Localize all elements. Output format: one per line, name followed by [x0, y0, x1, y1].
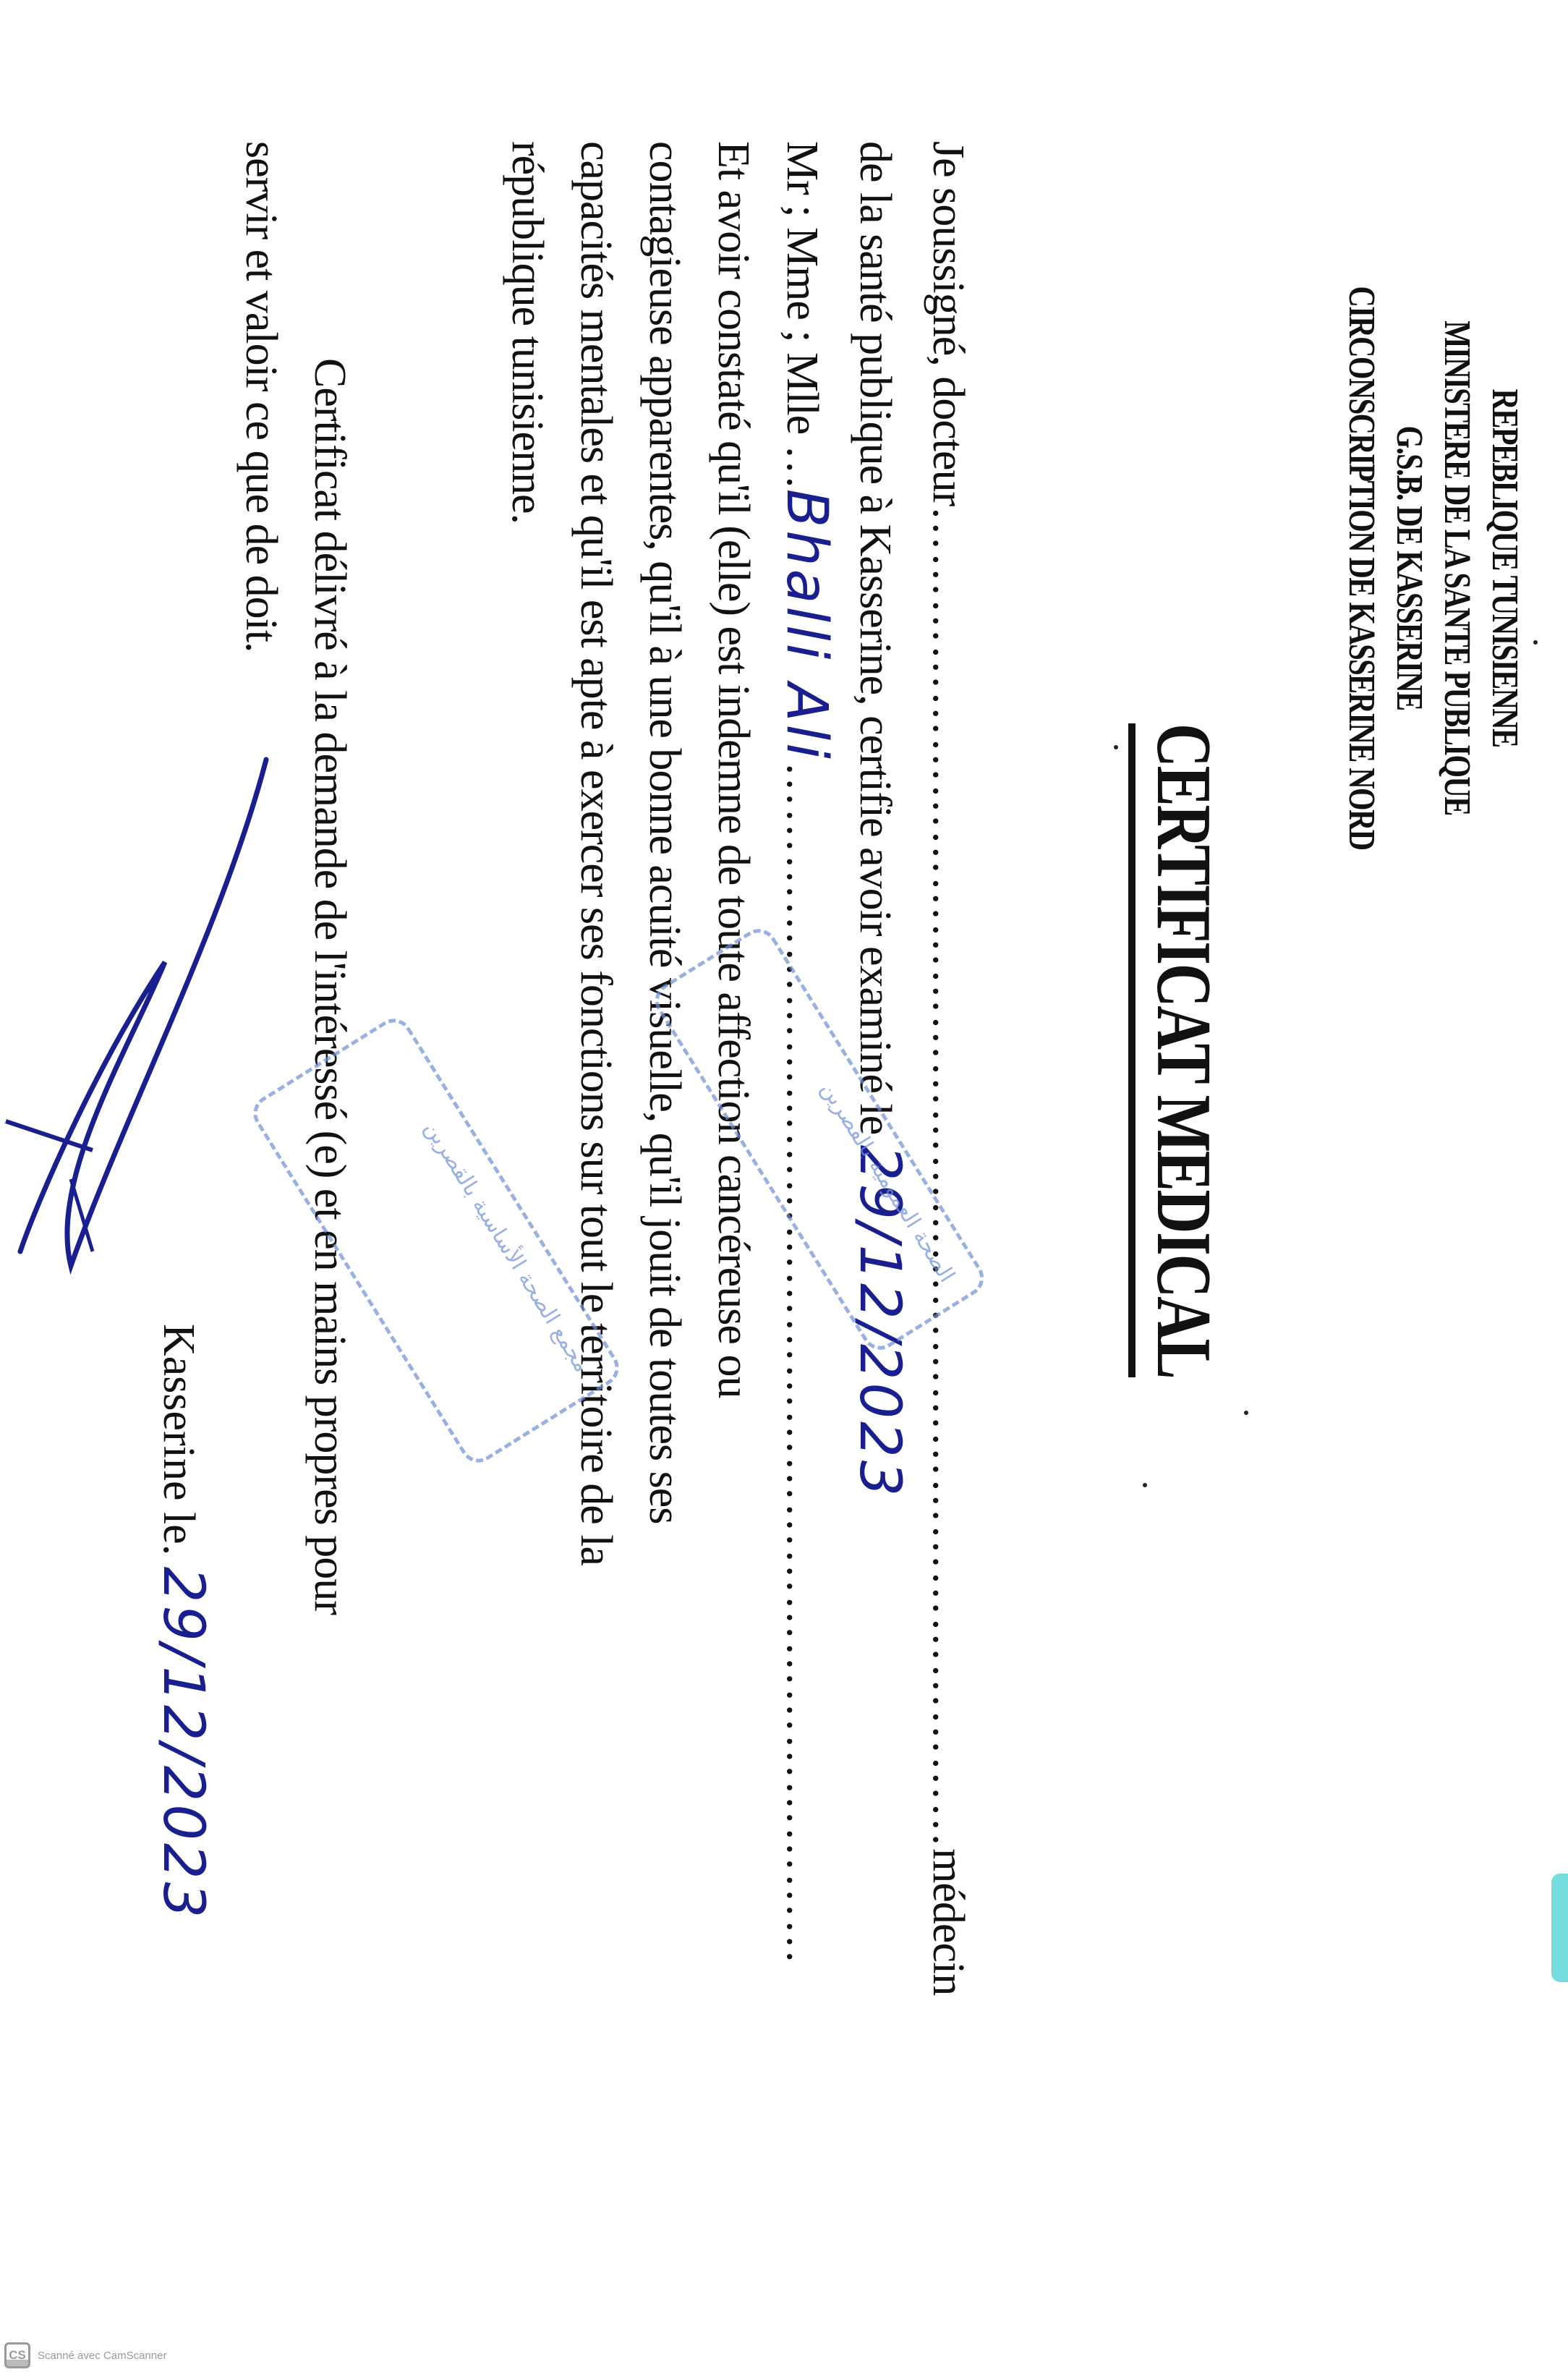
camscanner-logo-icon: CS	[4, 2342, 30, 2368]
letterhead: REPEBLIQUE TUNISIENNE MINISTERE DE LA SA…	[1337, 286, 1528, 850]
exam-statement: de la santé publique à Kasserine, certif…	[851, 141, 900, 1134]
patient-name-handwritten: Bhalli Ali	[774, 489, 839, 762]
certificate-page: REPEBLIQUE TUNISIENNE MINISTERE DE LA SA…	[0, 0, 1568, 2372]
place-and-date: Kasserine le. 29/12/2023	[150, 1324, 216, 1921]
body-line-5: contagieuse apparentes, qu'il à une bonn…	[630, 141, 699, 2007]
letterhead-line-circonscription: CIRCONSCRIPTION DE KASSERINE NORD	[1337, 286, 1385, 850]
letterhead-line-ministry: MINISTERE DE LA SANTE PUBLIQUE	[1433, 286, 1480, 850]
letterhead-line-republic: REPEBLIQUE TUNISIENNE	[1480, 286, 1528, 850]
doctor-name-field: ……………………………………………………………………………	[924, 506, 973, 1848]
body-line-7: république tunisienne.	[493, 141, 561, 2007]
patient-name-dots: ……………………………………………………………………	[777, 762, 827, 1965]
signature-icon	[0, 745, 310, 1295]
scan-speck	[1244, 1411, 1248, 1415]
issue-date-handwritten: 29/12/2023	[150, 1567, 216, 1921]
scan-speck	[1143, 1483, 1147, 1487]
doctor-role: médecin	[924, 1848, 973, 1995]
scan-speck	[1114, 745, 1118, 749]
doctor-intro: Je soussigné, docteur	[924, 141, 973, 506]
camscanner-watermark: CS Scanné avec CamScanner	[4, 2342, 166, 2368]
body-line-1: Je soussigné, docteur……………………………………………………	[913, 141, 982, 2007]
body-line-6: capacités mentales et qu'il est apte à e…	[561, 141, 630, 2007]
camscanner-text: Scanné avec CamScanner	[38, 2350, 166, 2362]
patient-title: Mr ; Mme ; Mlle …	[777, 141, 827, 489]
letterhead-line-gsb: G.S.B. DE KASSERINE	[1385, 286, 1433, 850]
document-title: CERTIFICAT MEDICAL	[1128, 723, 1228, 1377]
place-label: Kasserine le.	[154, 1324, 203, 1555]
scan-artifact	[1551, 1874, 1568, 1982]
scan-speck	[1533, 640, 1538, 645]
